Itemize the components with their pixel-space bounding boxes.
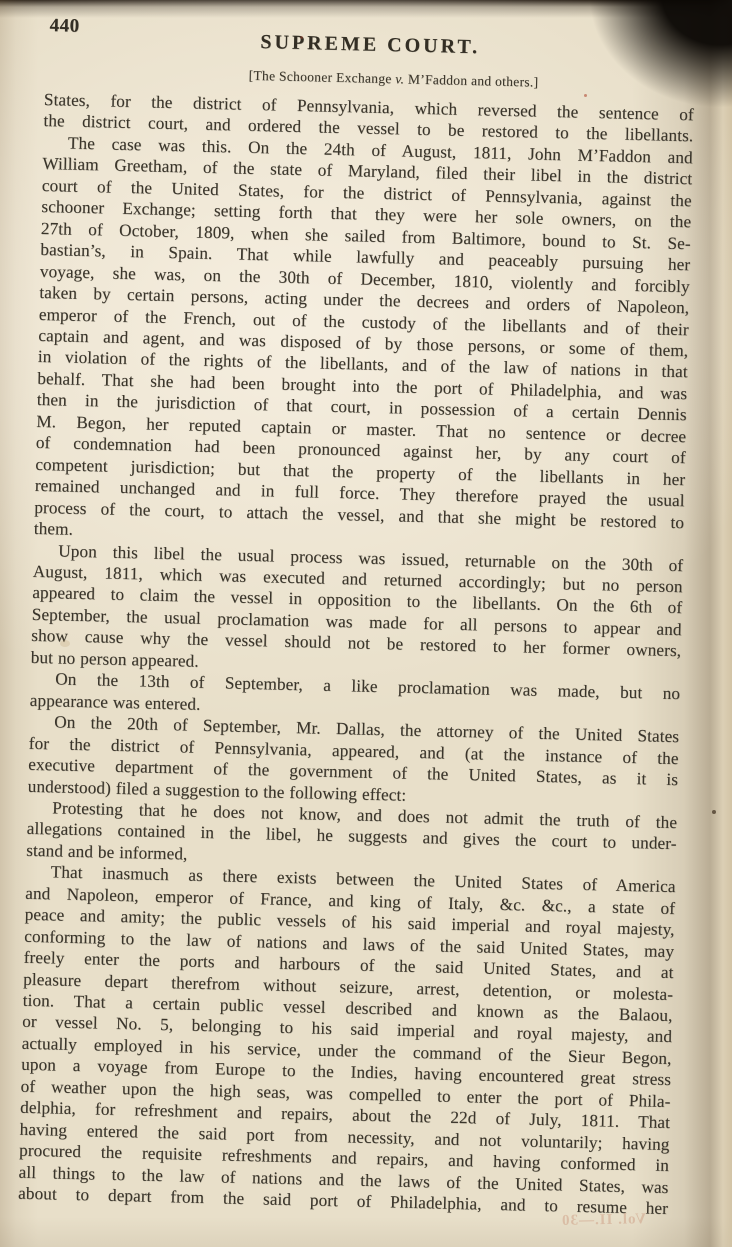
bleedthrough-text: Vol. II.—30 xyxy=(561,1211,646,1230)
paragraph: The case was this. On the 24th of August… xyxy=(34,132,693,555)
paragraph: That inasmuch as there exists between th… xyxy=(18,861,676,1219)
page-content: 440 SUPREME COURT. [The Schooner Exchang… xyxy=(18,12,696,1220)
foxing-speck xyxy=(712,810,716,814)
paragraph: On the 20th of September, Mr. Dallas, th… xyxy=(28,711,680,812)
caption-text-after: M’Faddon and others.] xyxy=(404,71,538,89)
body-text: States, for the district of Pennsylvania… xyxy=(18,89,694,1220)
running-title: SUPREME COURT. xyxy=(45,12,696,64)
scanned-book-page: 440 SUPREME COURT. [The Schooner Exchang… xyxy=(0,0,732,1247)
caption-text-before: [The Schooner Exchange xyxy=(248,68,395,86)
paragraph: Upon this libel the usual process was is… xyxy=(31,539,684,683)
page-header: 440 SUPREME COURT. xyxy=(45,12,696,71)
page-number: 440 xyxy=(49,15,80,38)
caption-versus: v. xyxy=(395,71,404,86)
